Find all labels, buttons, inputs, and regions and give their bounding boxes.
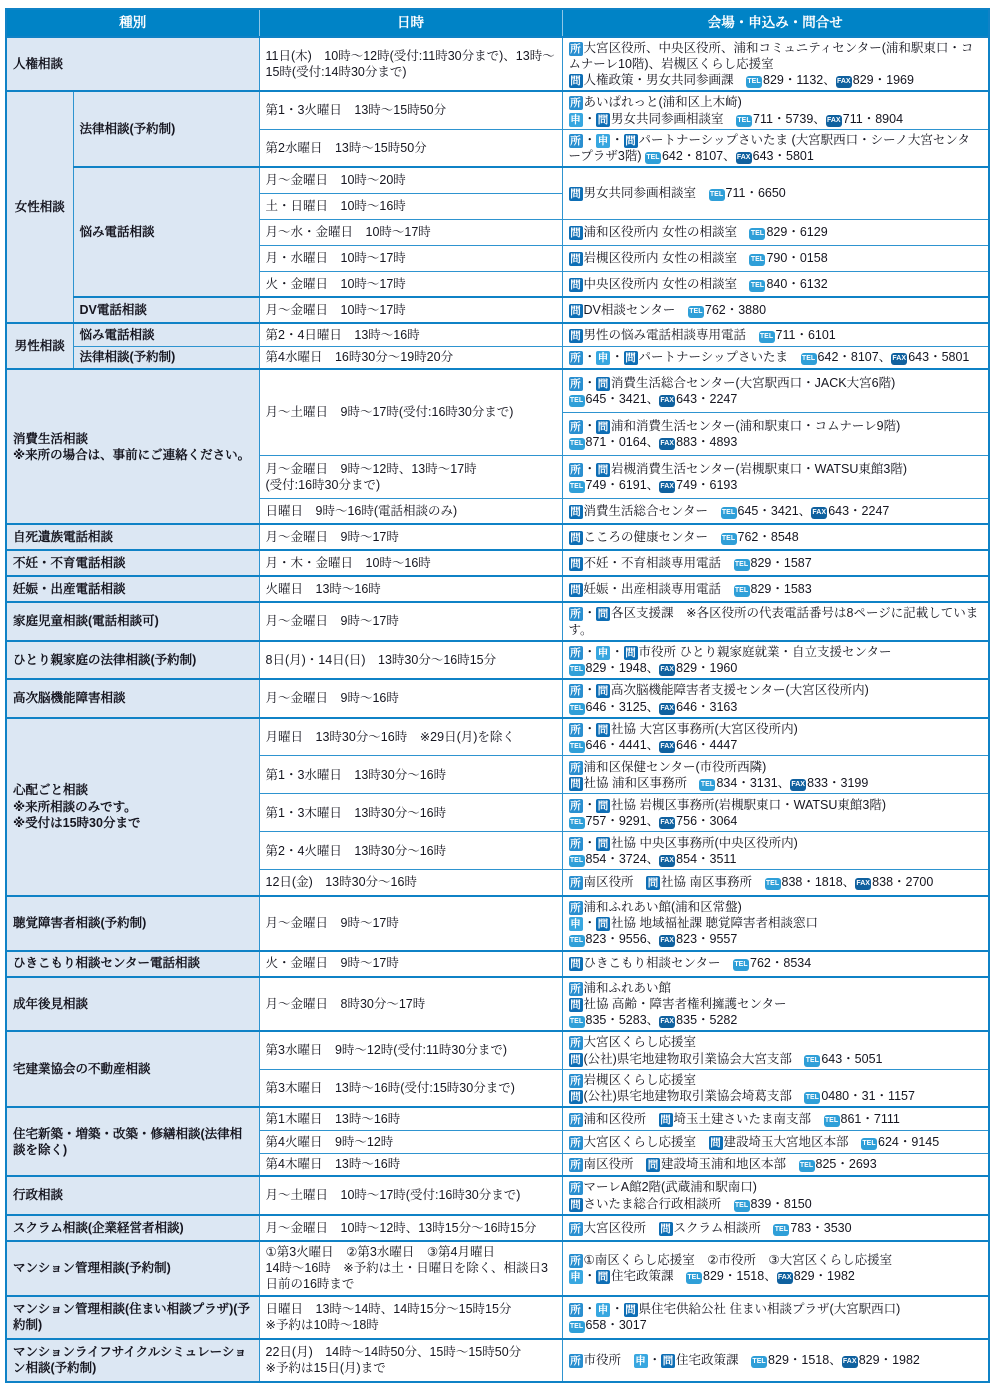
table-row: 家庭児童相談(電話相談可) 月～金曜日 9時～17時 所・問各区支援課 ※各区役… — [6, 602, 989, 641]
fax-badge-icon: FAX — [659, 481, 675, 493]
tel-badge-icon: TEL — [569, 664, 585, 676]
datetime-cell: 月・木・金曜日 10時～16時 — [259, 550, 562, 576]
venue-cell: 問男女共同参画相談室 TEL711・6650 — [562, 167, 989, 219]
inquiry-badge-icon: 問 — [624, 134, 638, 148]
tel-badge-icon: TEL — [733, 959, 749, 971]
tel-badge-icon: TEL — [569, 855, 585, 867]
fax-badge-icon: FAX — [736, 152, 752, 164]
inquiry-badge-icon: 問 — [569, 1053, 583, 1067]
datetime-cell: 月～水・金曜日 10時～17時 — [259, 219, 562, 245]
inquiry-badge-icon: 問 — [569, 278, 583, 292]
inquiry-badge-icon: 問 — [596, 684, 610, 698]
datetime-cell: 月～金曜日 9時～16時 — [259, 679, 562, 718]
inquiry-badge-icon: 問 — [569, 957, 583, 971]
location-badge-icon: 所 — [569, 876, 583, 890]
type-cell: 自死遺族電話相談 — [6, 524, 259, 550]
inquiry-badge-icon: 問 — [569, 998, 583, 1012]
venue-cell: 所・問浦和消費生活センター(浦和駅東口・コムナーレ9階)TEL871・0164、… — [562, 412, 989, 455]
type-cell: 消費生活相談※来所の場合は、事前にご連絡ください。 — [6, 369, 259, 524]
inquiry-badge-icon: 問 — [569, 1198, 583, 1212]
table-row: ひとり親家庭の法律相談(予約制) 8日(月)・14日(日) 13時30分～16時… — [6, 641, 989, 680]
venue-cell: 所岩槻区くらし応援室問(公社)県宅地建物取引業協会埼葛支部 TEL0480・31… — [562, 1069, 989, 1107]
table-row: 自死遺族電話相談 月～金曜日 9時～17時 問こころの健康センター TEL762… — [6, 524, 989, 550]
location-badge-icon: 所 — [569, 420, 583, 434]
datetime-cell: 月～金曜日 10時～20時 — [259, 167, 562, 193]
inquiry-badge-icon: 問 — [569, 583, 583, 597]
type-cell: マンション管理相談(住まい相談プラザ)(予約制) — [6, 1296, 259, 1339]
type-cell: ひとり親家庭の法律相談(予約制) — [6, 641, 259, 680]
location-badge-icon: 所 — [569, 351, 583, 365]
datetime-cell: 第4水曜日 16時30分～19時20分 — [259, 346, 562, 369]
inquiry-badge-icon: 問 — [596, 723, 610, 737]
inquiry-badge-icon: 問 — [569, 505, 583, 519]
datetime-cell: 月～金曜日 9時～17時 — [259, 896, 562, 951]
fax-badge-icon: FAX — [659, 741, 675, 753]
table-row: 高次脳機能障害相談 月～金曜日 9時～16時 所・問高次脳機能障害者支援センター… — [6, 679, 989, 718]
fax-badge-icon: FAX — [836, 76, 852, 88]
venue-cell: 問岩槻区役所内 女性の相談室 TEL790・0158 — [562, 245, 989, 271]
inquiry-badge-icon: 問 — [569, 329, 583, 343]
type-cell: 行政相談 — [6, 1176, 259, 1215]
venue-cell: 所・問高次脳機能障害者支援センター(大宮区役所内)TEL646・3125、FAX… — [562, 679, 989, 718]
datetime-cell: 火・金曜日 9時～17時 — [259, 951, 562, 977]
datetime-cell: 月～金曜日 9時～12時、13時～17時(受付:16時30分まで) — [259, 455, 562, 498]
venue-cell: 所南区役所 問建設埼玉浦和地区本部 TEL825・2693 — [562, 1153, 989, 1176]
venue-cell: 所大宮区くらし応援室 問建設埼玉大宮地区本部 TEL624・9145 — [562, 1130, 989, 1153]
table-row: ひきこもり相談センター電話相談 火・金曜日 9時～17時 問ひきこもり相談センタ… — [6, 951, 989, 977]
location-badge-icon: 所 — [569, 42, 583, 56]
tel-badge-icon: TEL — [688, 306, 704, 318]
datetime-cell: 8日(月)・14日(日) 13時30分～16時15分 — [259, 641, 562, 680]
venue-cell: 所・問社協 大宮区事務所(大宮区役所内)TEL646・4441、FAX646・4… — [562, 718, 989, 756]
venue-cell: 所市役所 申・問住宅政策課 TEL829・1518、FAX829・1982 — [562, 1339, 989, 1382]
col-header-type: 種別 — [6, 9, 259, 37]
tel-badge-icon: TEL — [569, 438, 585, 450]
venue-cell: 問中央区役所内 女性の相談室 TEL840・6132 — [562, 271, 989, 297]
tel-badge-icon: TEL — [765, 878, 781, 890]
fax-badge-icon: FAX — [659, 935, 675, 947]
datetime-cell: 月～金曜日 9時～17時 — [259, 524, 562, 550]
inquiry-badge-icon: 問 — [661, 1354, 675, 1368]
venue-cell: 所・申・問市役所 ひとり親家庭就業・自立支援センターTEL829・1948、FA… — [562, 641, 989, 680]
tel-badge-icon: TEL — [799, 1160, 815, 1172]
venue-cell: 問不妊・不育相談専用電話 TEL829・1587 — [562, 550, 989, 576]
venue-cell: 所①南区くらし応援室 ②市役所 ③大宮区くらし応援室申・問住宅政策課 TEL82… — [562, 1241, 989, 1296]
table-row: 不妊・不育電話相談 月・木・金曜日 10時～16時 問不妊・不育相談専用電話 T… — [6, 550, 989, 576]
table-row: DV電話相談 月～金曜日 10時～17時 問DV相談センター TEL762・38… — [6, 297, 989, 323]
table-row: 妊娠・出産電話相談 火曜日 13時～16時 問妊娠・出産相談専用電話 TEL82… — [6, 576, 989, 602]
inquiry-badge-icon: 問 — [596, 113, 610, 127]
inquiry-badge-icon: 問 — [596, 420, 610, 434]
inquiry-badge-icon: 問 — [569, 304, 583, 318]
table-row: 男性相談 悩み電話相談 第2・4日曜日 13時～16時 問男性の悩み電話相談専用… — [6, 323, 989, 346]
location-badge-icon: 所 — [569, 1113, 583, 1127]
datetime-cell: 第4火曜日 9時～12時 — [259, 1130, 562, 1153]
datetime-cell: 月～金曜日 9時～17時 — [259, 602, 562, 641]
tel-badge-icon: TEL — [699, 779, 715, 791]
type-cell: 心配ごと相談※来所相談のみです。※受付は15時30分まで — [6, 718, 259, 896]
tel-badge-icon: TEL — [824, 1115, 840, 1127]
inquiry-badge-icon: 問 — [646, 1158, 660, 1172]
apply-badge-icon: 申 — [569, 113, 583, 127]
tel-badge-icon: TEL — [569, 741, 585, 753]
venue-cell: 所・問岩槻消費生活センター(岩槻駅東口・WATSU東館3階)TEL749・619… — [562, 455, 989, 498]
table-row: 行政相談 月～土曜日 10時～17時(受付:16時30分まで) 所マーレA館2階… — [6, 1176, 989, 1215]
apply-badge-icon: 申 — [634, 1354, 648, 1368]
table-row: 法律相談(予約制) 第4水曜日 16時30分～19時20分 所・申・問パートナー… — [6, 346, 989, 369]
tel-badge-icon: TEL — [759, 331, 775, 343]
tel-badge-icon: TEL — [804, 1092, 820, 1104]
table-row: 悩み電話相談 月～金曜日 10時～20時 問男女共同参画相談室 TEL711・6… — [6, 167, 989, 193]
type-sub-cell: 悩み電話相談 — [73, 323, 259, 346]
location-badge-icon: 所 — [569, 1181, 583, 1195]
inquiry-badge-icon: 問 — [569, 557, 583, 571]
inquiry-badge-icon: 問 — [709, 1136, 723, 1150]
fax-badge-icon: FAX — [659, 817, 675, 829]
fax-badge-icon: FAX — [659, 855, 675, 867]
type-group-cell: 女性相談 — [6, 91, 73, 323]
location-badge-icon: 所 — [569, 134, 583, 148]
tel-badge-icon: TEL — [746, 76, 762, 88]
fax-badge-icon: FAX — [891, 353, 907, 365]
table-row: 宅建業協会の不動産相談 第3水曜日 9時～12時(受付:11時30分まで) 所大… — [6, 1031, 989, 1069]
inquiry-badge-icon: 問 — [624, 1303, 638, 1317]
tel-badge-icon: TEL — [686, 1272, 702, 1284]
type-cell: 成年後見相談 — [6, 977, 259, 1032]
fax-badge-icon: FAX — [659, 1016, 675, 1028]
inquiry-badge-icon: 問 — [646, 876, 660, 890]
col-header-datetime: 日時 — [259, 9, 562, 37]
venue-cell: 所・問社協 中央区事務所(中央区役所内)TEL854・3724、FAX854・3… — [562, 832, 989, 870]
location-badge-icon: 所 — [569, 837, 583, 851]
datetime-cell: 11日(木) 10時～12時(受付:11時30分まで)、13時～15時(受付:1… — [259, 37, 562, 92]
datetime-cell: 日曜日 9時～16時(電話相談のみ) — [259, 498, 562, 524]
datetime-cell: 日曜日 13時～14時、14時15分～15時15分※予約は10時～18時 — [259, 1296, 562, 1339]
tel-badge-icon: TEL — [773, 1224, 789, 1236]
venue-cell: 所あいぱれっと(浦和区上木崎)申・問男女共同参画相談室 TEL711・5739、… — [562, 91, 989, 129]
datetime-cell: 月～土曜日 10時～17時(受付:16時30分まで) — [259, 1176, 562, 1215]
location-badge-icon: 所 — [569, 799, 583, 813]
location-badge-icon: 所 — [569, 1036, 583, 1050]
type-cell: 聴覚障害者相談(予約制) — [6, 896, 259, 951]
tel-badge-icon: TEL — [734, 559, 750, 571]
venue-cell: 所浦和ふれあい館(浦和区常盤)申・問社協 地域福祉課 聴覚障害者相談窓口TEL8… — [562, 896, 989, 951]
tel-badge-icon: TEL — [721, 507, 737, 519]
fax-badge-icon: FAX — [659, 703, 675, 715]
type-sub-cell: 法律相談(予約制) — [73, 91, 259, 167]
fax-badge-icon: FAX — [790, 779, 806, 791]
tel-badge-icon: TEL — [749, 280, 765, 292]
inquiry-badge-icon: 問 — [596, 463, 610, 477]
tel-badge-icon: TEL — [569, 1016, 585, 1028]
location-badge-icon: 所 — [569, 96, 583, 110]
inquiry-badge-icon: 問 — [624, 351, 638, 365]
datetime-cell: 第1・3木曜日 13時30分～16時 — [259, 794, 562, 832]
location-badge-icon: 所 — [569, 607, 583, 621]
type-cell: マンションライフサイクルシミュレーション相談(予約制) — [6, 1339, 259, 1382]
table-row: マンションライフサイクルシミュレーション相談(予約制) 22日(月) 14時～1… — [6, 1339, 989, 1382]
venue-cell: 問こころの健康センター TEL762・8548 — [562, 524, 989, 550]
location-badge-icon: 所 — [569, 1254, 583, 1268]
apply-badge-icon: 申 — [596, 646, 610, 660]
inquiry-badge-icon: 問 — [569, 531, 583, 545]
apply-badge-icon: 申 — [569, 917, 583, 931]
venue-cell: 所・問各区支援課 ※各区役所の代表電話番号は8ページに記載しています。 — [562, 602, 989, 641]
fax-badge-icon: FAX — [811, 507, 827, 519]
inquiry-badge-icon: 問 — [659, 1113, 673, 1127]
inquiry-badge-icon: 問 — [596, 917, 610, 931]
location-badge-icon: 所 — [569, 901, 583, 915]
datetime-cell: 火曜日 13時～16時 — [259, 576, 562, 602]
inquiry-badge-icon: 問 — [569, 777, 583, 791]
datetime-cell: 第3水曜日 9時～12時(受付:11時30分まで) — [259, 1031, 562, 1069]
datetime-cell: 第2水曜日 13時～15時50分 — [259, 129, 562, 167]
datetime-cell: 第3木曜日 13時～16時(受付:15時30分まで) — [259, 1069, 562, 1107]
datetime-cell: 火・金曜日 10時～17時 — [259, 271, 562, 297]
location-badge-icon: 所 — [569, 761, 583, 775]
location-badge-icon: 所 — [569, 463, 583, 477]
tel-badge-icon: TEL — [861, 1138, 877, 1150]
tel-badge-icon: TEL — [736, 115, 752, 127]
location-badge-icon: 所 — [569, 646, 583, 660]
type-sub-cell: DV電話相談 — [73, 297, 259, 323]
consultation-table: 種別 日時 会場・申込み・問合せ 人権相談 11日(木) 10時～12時(受付:… — [5, 8, 990, 1383]
table-row: スクラム相談(企業経営者相談) 月～金曜日 10時～12時、13時15分～16時… — [6, 1215, 989, 1241]
apply-badge-icon: 申 — [596, 1303, 610, 1317]
tel-badge-icon: TEL — [569, 935, 585, 947]
datetime-cell: 第2・4日曜日 13時～16時 — [259, 323, 562, 346]
location-badge-icon: 所 — [569, 982, 583, 996]
table-row: 聴覚障害者相談(予約制) 月～金曜日 9時～17時 所浦和ふれあい館(浦和区常盤… — [6, 896, 989, 951]
datetime-cell: 第4木曜日 13時～16時 — [259, 1153, 562, 1176]
inquiry-badge-icon: 問 — [624, 646, 638, 660]
fax-badge-icon: FAX — [659, 395, 675, 407]
location-badge-icon: 所 — [569, 1136, 583, 1150]
type-cell: ひきこもり相談センター電話相談 — [6, 951, 259, 977]
col-header-venue: 会場・申込み・問合せ — [562, 9, 989, 37]
tel-badge-icon: TEL — [749, 254, 765, 266]
venue-cell: 所・申・問パートナーシップさいたま TEL642・8107、FAX643・580… — [562, 346, 989, 369]
inquiry-badge-icon: 問 — [569, 252, 583, 266]
tel-badge-icon: TEL — [569, 395, 585, 407]
fax-badge-icon: FAX — [659, 438, 675, 450]
datetime-cell: 月～土曜日 9時～17時(受付:16時30分まで) — [259, 369, 562, 455]
venue-cell: 所・問消費生活総合センター(大宮駅西口・JACK大宮6階)TEL645・3421… — [562, 369, 989, 412]
venue-cell: 問消費生活総合センター TEL645・3421、FAX643・2247 — [562, 498, 989, 524]
type-sub-cell: 法律相談(予約制) — [73, 346, 259, 369]
type-cell: マンション管理相談(予約制) — [6, 1241, 259, 1296]
type-cell: スクラム相談(企業経営者相談) — [6, 1215, 259, 1241]
datetime-cell: 月曜日 13時30分～16時 ※29日(月)を除く — [259, 718, 562, 756]
datetime-cell: ①第3火曜日 ②第3水曜日 ③第4月曜日14時～16時 ※予約は土・日曜日を除く… — [259, 1241, 562, 1296]
tel-badge-icon: TEL — [734, 1200, 750, 1212]
venue-cell: 問DV相談センター TEL762・3880 — [562, 297, 989, 323]
datetime-cell: 第1・3火曜日 13時～15時50分 — [259, 91, 562, 129]
venue-cell: 所浦和区役所 問埼玉土建さいたま南支部 TEL861・7111 — [562, 1107, 989, 1130]
fax-badge-icon: FAX — [777, 1272, 793, 1284]
venue-cell: 問浦和区役所内 女性の相談室 TEL829・6129 — [562, 219, 989, 245]
datetime-cell: 12日(金) 13時30分～16時 — [259, 870, 562, 896]
fax-badge-icon: FAX — [659, 664, 675, 676]
apply-badge-icon: 申 — [596, 351, 610, 365]
table-row: 成年後見相談 月～金曜日 8時30分～17時 所浦和ふれあい館問社協 高齢・障害… — [6, 977, 989, 1032]
fax-badge-icon: FAX — [826, 115, 842, 127]
venue-cell: 所浦和区保健センター(市役所西隣)問社協 浦和区事務所 TEL834・3131、… — [562, 756, 989, 794]
venue-cell: 問妊娠・出産相談専用電話 TEL829・1583 — [562, 576, 989, 602]
table-row: 住宅新築・増築・改築・修繕相談(法律相談を除く) 第1木曜日 13時～16時 所… — [6, 1107, 989, 1130]
inquiry-badge-icon: 問 — [596, 1270, 610, 1284]
venue-cell: 所浦和ふれあい館問社協 高齢・障害者権利擁護センターTEL835・5283、FA… — [562, 977, 989, 1032]
venue-cell: 所大宮区くらし応援室問(公社)県宅地建物取引業協会大宮支部 TEL643・505… — [562, 1031, 989, 1069]
inquiry-badge-icon: 問 — [596, 607, 610, 621]
tel-badge-icon: TEL — [734, 585, 750, 597]
venue-cell: 所大宮区役所 問スクラム相談所 TEL783・3530 — [562, 1215, 989, 1241]
inquiry-badge-icon: 問 — [596, 837, 610, 851]
datetime-cell: 月・水曜日 10時～17時 — [259, 245, 562, 271]
venue-cell: 所・申・問県住宅供給公社 住まい相談プラザ(大宮駅西口)TEL658・3017 — [562, 1296, 989, 1339]
venue-cell: 問男性の悩み電話相談専用電話 TEL711・6101 — [562, 323, 989, 346]
tel-badge-icon: TEL — [709, 189, 725, 201]
apply-badge-icon: 申 — [569, 1270, 583, 1284]
tel-badge-icon: TEL — [645, 152, 661, 164]
venue-cell: 所マーレA館2階(武蔵浦和駅南口)問さいたま総合行政相談所 TEL839・815… — [562, 1176, 989, 1215]
apply-badge-icon: 申 — [596, 134, 610, 148]
datetime-cell: 月～金曜日 10時～17時 — [259, 297, 562, 323]
inquiry-badge-icon: 問 — [569, 1090, 583, 1104]
venue-cell: 所・申・問パートナーシップさいたま (大宮駅西口・シーノ大宮センタープラザ3階)… — [562, 129, 989, 167]
location-badge-icon: 所 — [569, 684, 583, 698]
type-cell: 高次脳機能障害相談 — [6, 679, 259, 718]
datetime-cell: 第2・4火曜日 13時30分～16時 — [259, 832, 562, 870]
datetime-cell: 月～金曜日 10時～12時、13時15分～16時15分 — [259, 1215, 562, 1241]
location-badge-icon: 所 — [569, 1222, 583, 1236]
tel-badge-icon: TEL — [569, 817, 585, 829]
type-cell: 家庭児童相談(電話相談可) — [6, 602, 259, 641]
fax-badge-icon: FAX — [855, 878, 871, 890]
table-row: 人権相談 11日(木) 10時～12時(受付:11時30分まで)、13時～15時… — [6, 37, 989, 92]
type-cell: 人権相談 — [6, 37, 259, 92]
type-cell: 不妊・不育電話相談 — [6, 550, 259, 576]
location-badge-icon: 所 — [569, 723, 583, 737]
table-row: マンション管理相談(予約制) ①第3火曜日 ②第3水曜日 ③第4月曜日14時～1… — [6, 1241, 989, 1296]
venue-cell: 所大宮区役所、中央区役所、浦和コミュニティセンター(浦和駅東口・コムナーレ10階… — [562, 37, 989, 92]
tel-badge-icon: TEL — [804, 1055, 820, 1067]
tel-badge-icon: TEL — [751, 1356, 767, 1368]
location-badge-icon: 所 — [569, 1303, 583, 1317]
type-cell: 妊娠・出産電話相談 — [6, 576, 259, 602]
type-cell: 住宅新築・増築・改築・修繕相談(法律相談を除く) — [6, 1107, 259, 1176]
fax-badge-icon: FAX — [842, 1356, 858, 1368]
inquiry-badge-icon: 問 — [569, 187, 583, 201]
inquiry-badge-icon: 問 — [569, 226, 583, 240]
datetime-cell: 22日(月) 14時～14時50分、15時～15時50分※予約は15日(月)まで — [259, 1339, 562, 1382]
type-group-cell: 男性相談 — [6, 323, 73, 369]
table-row: マンション管理相談(住まい相談プラザ)(予約制) 日曜日 13時～14時、14時… — [6, 1296, 989, 1339]
type-sub-cell: 悩み電話相談 — [73, 167, 259, 297]
tel-badge-icon: TEL — [569, 1321, 585, 1333]
datetime-cell: 第1・3水曜日 13時30分～16時 — [259, 756, 562, 794]
location-badge-icon: 所 — [569, 377, 583, 391]
venue-cell: 所・問社協 岩槻区事務所(岩槻駅東口・WATSU東館3階)TEL757・9291… — [562, 794, 989, 832]
inquiry-badge-icon: 問 — [596, 377, 610, 391]
location-badge-icon: 所 — [569, 1158, 583, 1172]
datetime-cell: 第1木曜日 13時～16時 — [259, 1107, 562, 1130]
table-row: 女性相談 法律相談(予約制) 第1・3火曜日 13時～15時50分 所あいぱれっ… — [6, 91, 989, 129]
tel-badge-icon: TEL — [569, 481, 585, 493]
venue-cell: 問ひきこもり相談センター TEL762・8534 — [562, 951, 989, 977]
header-row: 種別 日時 会場・申込み・問合せ — [6, 9, 989, 37]
type-cell: 宅建業協会の不動産相談 — [6, 1031, 259, 1107]
tel-badge-icon: TEL — [569, 703, 585, 715]
tel-badge-icon: TEL — [721, 533, 737, 545]
venue-cell: 所南区役所 問社協 南区事務所 TEL838・1818、FAX838・2700 — [562, 870, 989, 896]
datetime-cell: 土・日曜日 10時～16時 — [259, 193, 562, 219]
tel-badge-icon: TEL — [801, 353, 817, 365]
inquiry-badge-icon: 問 — [596, 799, 610, 813]
inquiry-badge-icon: 問 — [569, 74, 583, 88]
table-row: 心配ごと相談※来所相談のみです。※受付は15時30分まで 月曜日 13時30分～… — [6, 718, 989, 756]
table-row: 消費生活相談※来所の場合は、事前にご連絡ください。 月～土曜日 9時～17時(受… — [6, 369, 989, 412]
inquiry-badge-icon: 問 — [659, 1222, 673, 1236]
location-badge-icon: 所 — [569, 1074, 583, 1088]
datetime-cell: 月～金曜日 8時30分～17時 — [259, 977, 562, 1032]
tel-badge-icon: TEL — [749, 228, 765, 240]
location-badge-icon: 所 — [569, 1354, 583, 1368]
